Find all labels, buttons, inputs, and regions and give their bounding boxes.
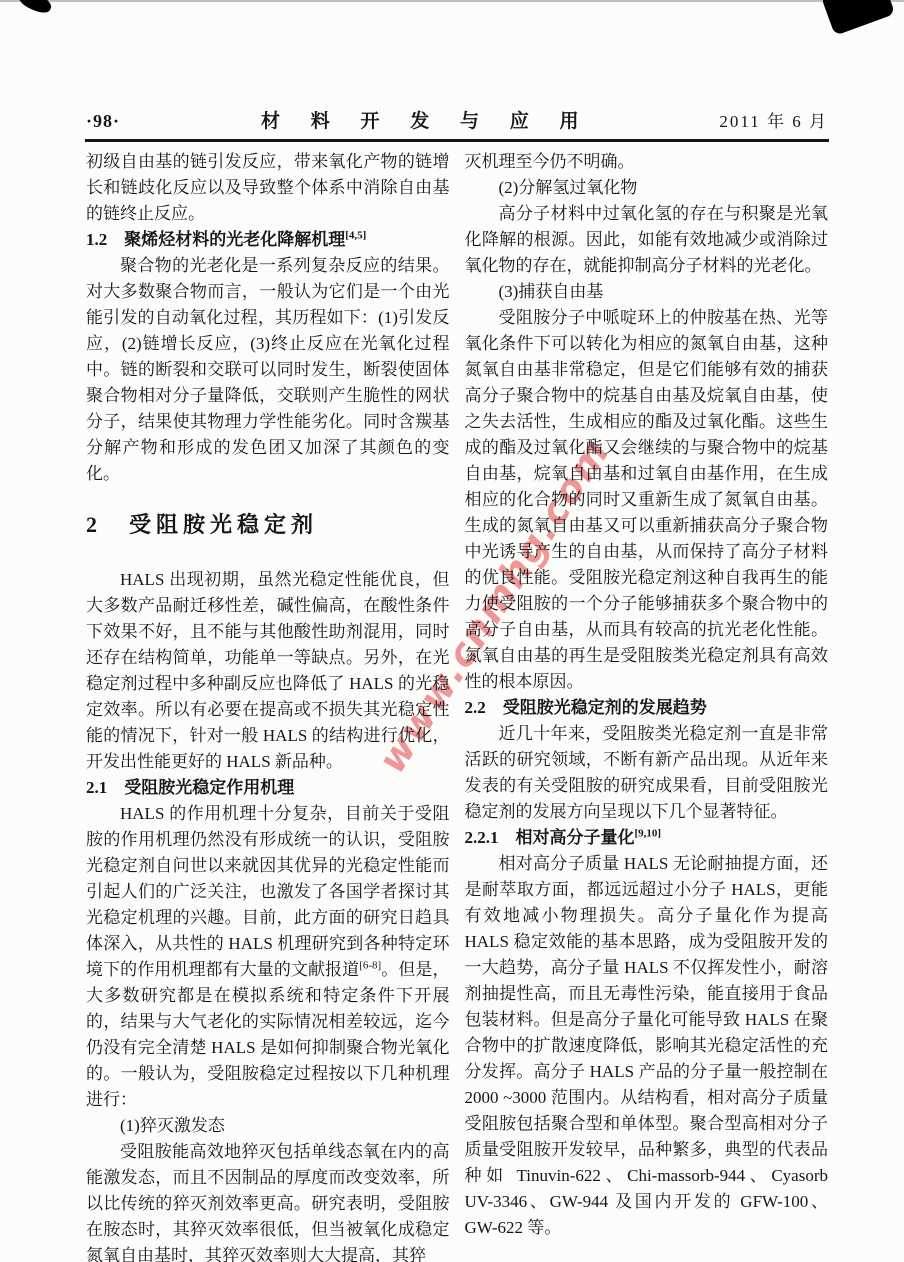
issue-date: 2011 年 6 月 <box>719 107 828 132</box>
citation-ref-6-8: [6-8] <box>359 959 381 971</box>
heading-1-2-text: 1.2 聚烯烃材料的光老化降解机理 <box>86 230 345 249</box>
paragraph-mechanism-post: 。但是，大多数研究都是在模拟系统和特定条件下开展的，结果与大气老化的实际情况相差… <box>86 960 450 1109</box>
paragraph-decompose: 高分子材料中过氧化氢的存在与积聚是光氧化降解的根源。因此，如能有效地减少或消除过… <box>465 201 829 279</box>
heading-2-2: 2.2 受阻胺光稳定剂的发展趋势 <box>465 695 829 721</box>
citation-ref-4-5: [4,5] <box>345 229 366 241</box>
paragraph-molecular-weight: 相对高分子质量 HALS 无论耐抽提方面，还是耐萃取方面，都远远超过小分子 HA… <box>465 851 829 1241</box>
paragraph-quench: 受阻胺能高效地猝灭包括单线态氧在内的高能激发态，而且不因制品的厚度而改变效率，所… <box>86 1139 450 1262</box>
header-divider-rule <box>85 139 829 142</box>
journal-title: 材 料 开 发 与 应 用 <box>248 106 592 133</box>
left-column: 初级自由基的链引发反应，带来氧化产物的链增长和链歧化反应以及导致整个体系中消除自… <box>86 149 450 1262</box>
right-column: 灭机理至今仍不明确。 (2)分解氢过氧化物 高分子材料中过氧化氢的存在与积聚是光… <box>465 149 829 1262</box>
list-item-capture-radicals: (3)捕获自由基 <box>465 279 829 305</box>
paragraph-photoaging: 聚合物的光老化是一系列复杂反应的结果。对大多数聚合物而言，一般认为它们是一个由光… <box>86 253 450 487</box>
paragraph-mechanism: HALS 的作用机理十分复杂，目前关于受阻胺的作用机理仍然没有形成统一的认识，受… <box>86 801 450 1113</box>
list-item-quench-excited-state: (1)猝灭激发态 <box>86 1113 450 1139</box>
heading-section-2: 2 受阻胺光稳定剂 <box>86 511 450 539</box>
paragraph-hals-early: HALS 出现初期，虽然光稳定性能优良，但大多数产品耐迁移性差，碱性偏高，在酸性… <box>86 567 450 775</box>
scan-artifact-top-right <box>821 0 896 36</box>
heading-2-2-1: 2.2.1 相对高分子量化[9,10] <box>465 825 829 851</box>
paragraph-trend: 近几十年来，受阻胺类光稳定剂一直是非常活跃的研究领域，不断有新产品出现。从近年来… <box>465 721 829 825</box>
paragraph-quench-continued: 灭机理至今仍不明确。 <box>465 149 829 175</box>
citation-ref-9-10: [9,10] <box>635 827 662 839</box>
paragraph-chain-reactions: 初级自由基的链引发反应，带来氧化产物的链增长和链歧化反应以及导致整个体系中消除自… <box>86 149 450 227</box>
article-body: 初级自由基的链引发反应，带来氧化产物的链增长和链歧化反应以及导致整个体系中消除自… <box>86 149 828 1262</box>
running-header: ·98· 材 料 开 发 与 应 用 2011 年 6 月 <box>86 106 828 133</box>
heading-2-1: 2.1 受阻胺光稳定作用机理 <box>86 775 450 801</box>
page-number: ·98· <box>86 111 120 132</box>
paragraph-mechanism-pre: HALS 的作用机理十分复杂，目前关于受阻胺的作用机理仍然没有形成统一的认识，受… <box>86 804 450 979</box>
paragraph-capture: 受阻胺分子中哌啶环上的仲胺基在热、光等氧化条件下可以转化为相应的氮氧自由基，这种… <box>465 305 829 695</box>
list-item-decompose-hydroperoxide: (2)分解氢过氧化物 <box>465 175 829 201</box>
scan-artifact-top-left <box>16 0 54 16</box>
scanned-journal-page: ·98· 材 料 开 发 与 应 用 2011 年 6 月 www.cnmhg.… <box>0 0 904 1262</box>
heading-2-2-1-text: 2.2.1 相对高分子量化 <box>465 828 635 847</box>
heading-1-2: 1.2 聚烯烃材料的光老化降解机理[4,5] <box>86 227 450 253</box>
scan-edge-shadow <box>0 0 904 2</box>
